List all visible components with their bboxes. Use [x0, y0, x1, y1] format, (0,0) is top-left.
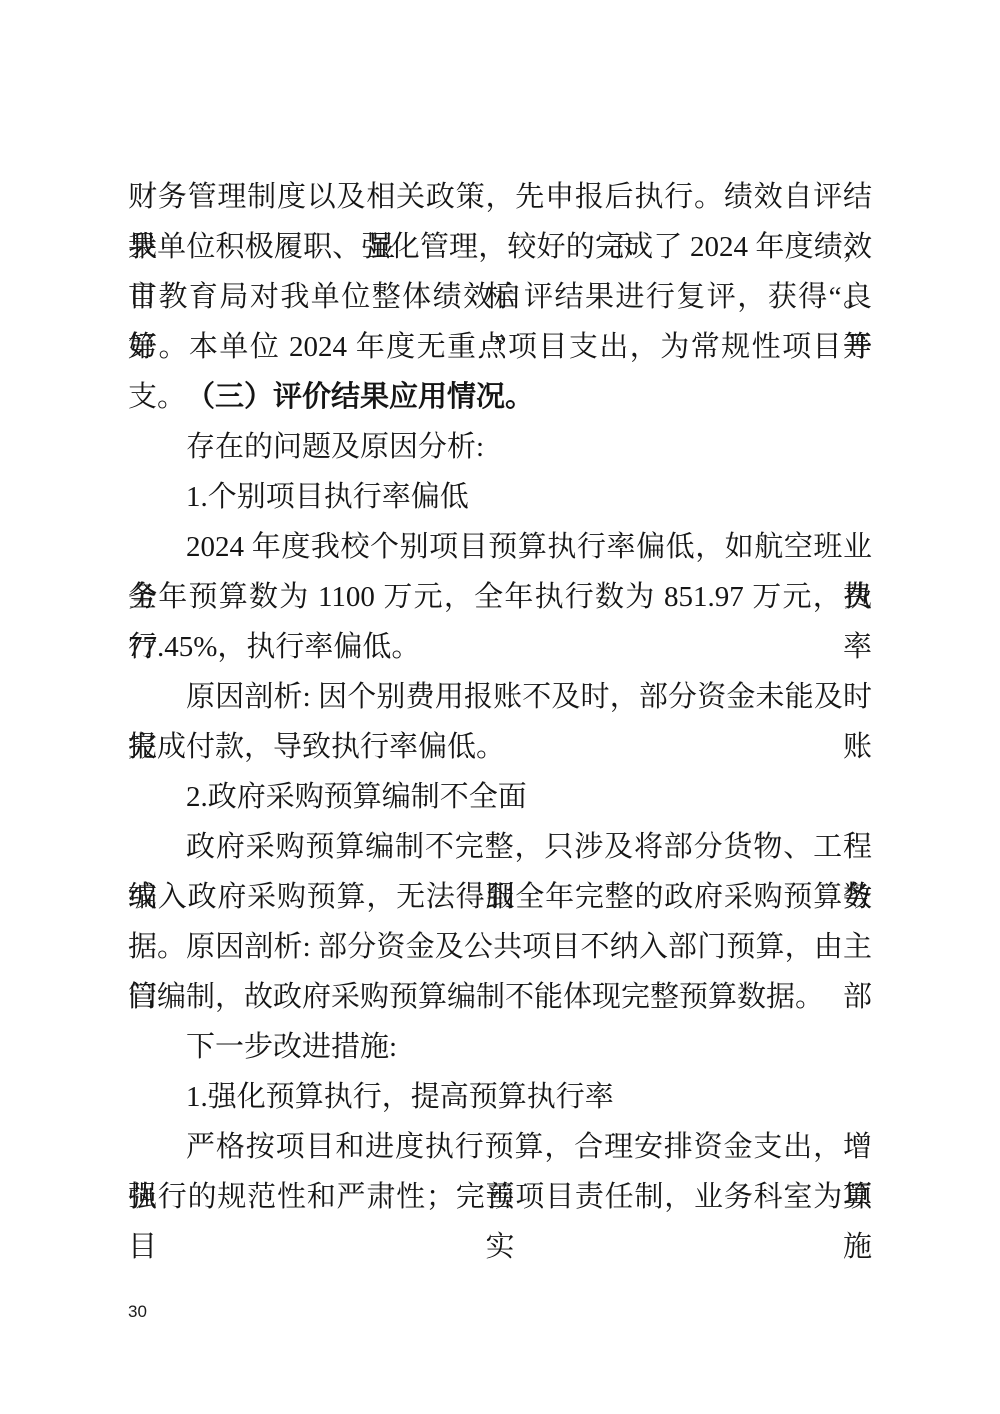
text-line: 政府采购预算编制不完整，只涉及将部分货物、工程或服务 — [128, 822, 872, 872]
text-line: 2024 年度我校个别项目预算执行率偏低，如航空班业务费 — [128, 522, 872, 572]
text-line: 门编制，故政府采购预算编制不能体现完整预算数据。 — [128, 972, 872, 1022]
document-page: 财务管理制度以及相关政策，先申报后执行。绩效自评结果显示， 我单位积极履职、强化… — [0, 0, 1000, 1414]
section-heading: （三）评价结果应用情况。 — [128, 372, 872, 422]
text-line: 严格按项目和进度执行预算，合理安排资金支出，增强预算 — [128, 1122, 872, 1172]
text-line: 下一步改进措施: — [128, 1022, 872, 1072]
page-body-text: 财务管理制度以及相关政策，先申报后执行。绩效自评结果显示， 我单位积极履职、强化… — [128, 172, 872, 1222]
text-line: 财务管理制度以及相关政策，先申报后执行。绩效自评结果显示， — [128, 172, 872, 222]
text-line: 2.政府采购预算编制不全面 — [128, 772, 872, 822]
text-line: 执行的规范性和严肃性；完善项目责任制，业务科室为项目实施 — [128, 1172, 872, 1222]
text-line: 编入政府采购预算，无法得到全年完整的政府采购预算数据。 — [128, 872, 872, 922]
text-line: 第。本单位 2024 年度无重点项目支出，为常规性项目开支。 — [128, 322, 872, 372]
text-line: 市教育局对我单位整体绩效自评结果进行复评，获得“良好”等 — [128, 272, 872, 322]
text-line: 我单位积极履职、强化管理，较好的完成了 2024 年度绩效目标。 — [128, 222, 872, 272]
text-line: 全年预算数为 1100 万元，全年执行数为 851.97 万元，执行率 — [128, 572, 872, 622]
text-line: 存在的问题及原因分析: — [128, 422, 872, 472]
text-line: 1.个别项目执行率偏低 — [128, 472, 872, 522]
text-line: 1.强化预算执行，提高预算执行率 — [128, 1072, 872, 1122]
text-line: 原因剖析: 因个别费用报账不及时，部分资金未能及时报账 — [128, 672, 872, 722]
page-number: 30 — [128, 1302, 147, 1322]
text-line: 原因剖析: 部分资金及公共项目不纳入部门预算，由主管部 — [128, 922, 872, 972]
